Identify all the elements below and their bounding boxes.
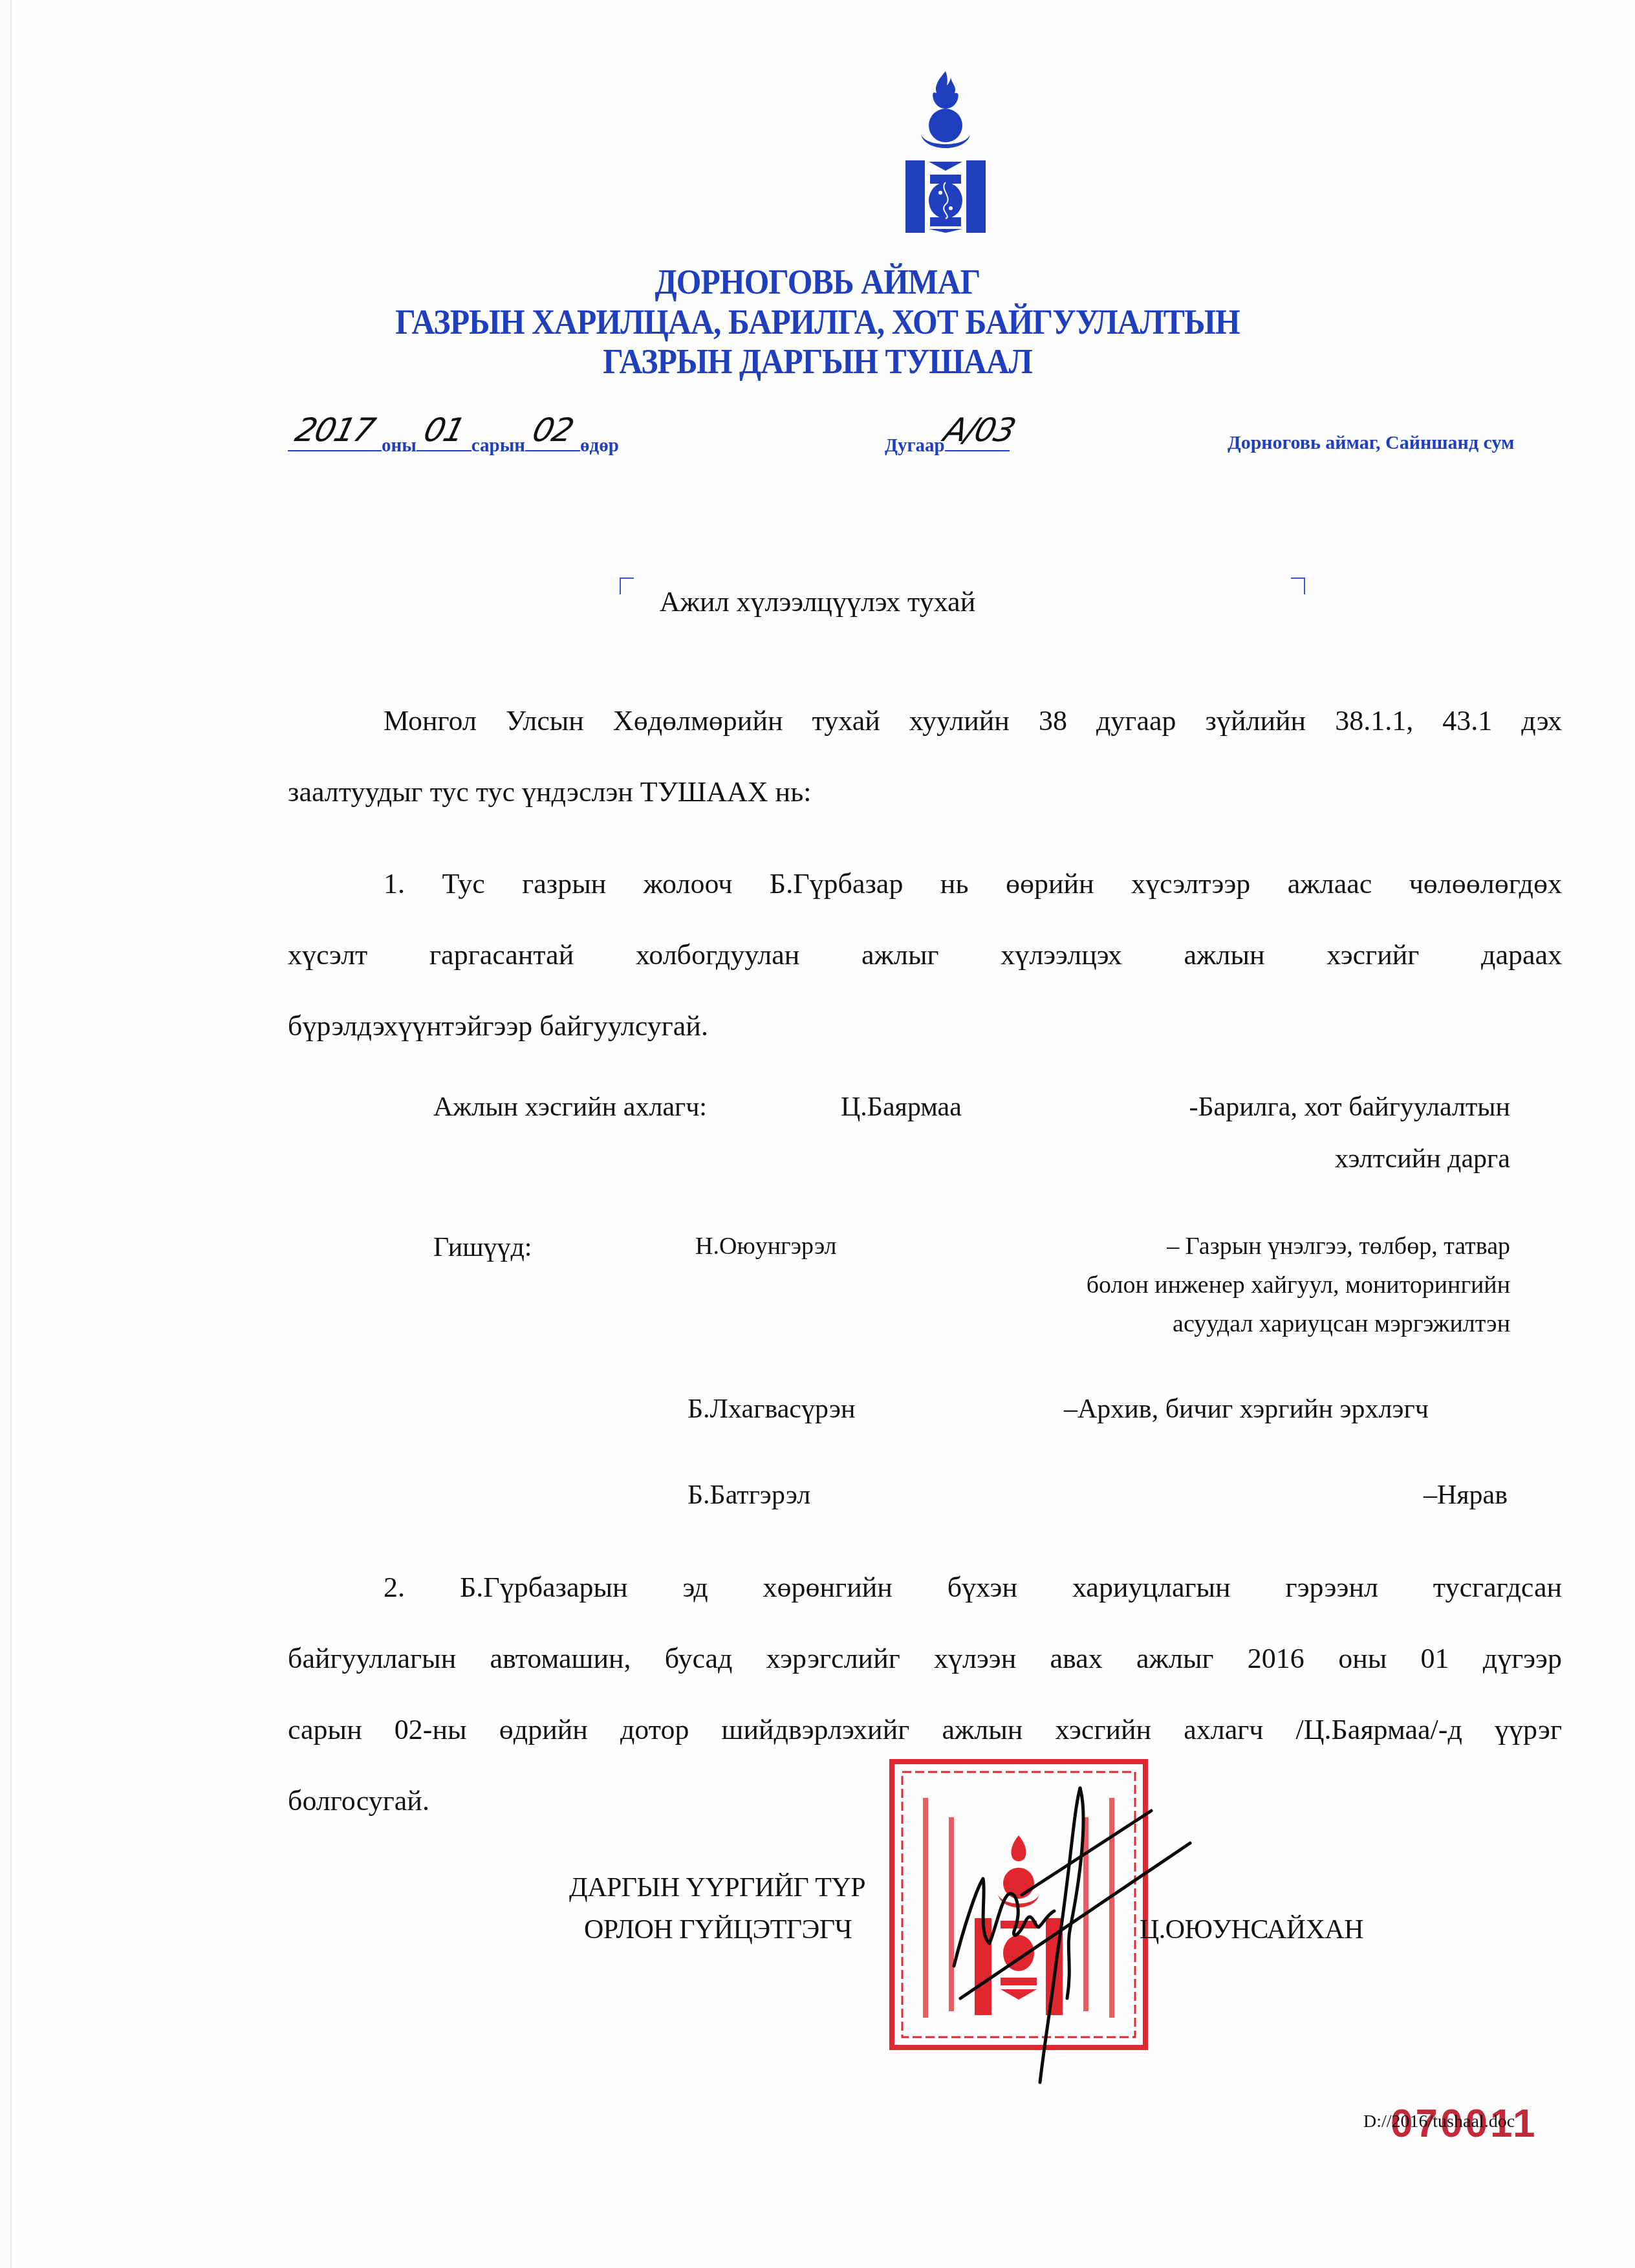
item-1-paragraph: 1. Тус газрын жолооч Б.Гүрбазар нь өөрий…: [288, 848, 1562, 1062]
order-date: 2017оны01сарын02өдөр: [288, 432, 619, 457]
file-path: D://2016/tushaal.doc: [1363, 2111, 1515, 2132]
member-role: – Газрын үнэлгээ, төлбөр, татвар: [1167, 1232, 1510, 1260]
order-number-field: А/03: [945, 432, 1010, 451]
member-role: –Нярав: [1424, 1480, 1508, 1511]
member-role: асуудал хариуцсан мэргэжилтэн: [1173, 1310, 1510, 1338]
leader-role-2: хэлтсийн дарга: [1335, 1143, 1510, 1174]
date-year-field: 2017: [288, 432, 382, 451]
member-name: Б.Батгэрэл: [688, 1480, 810, 1511]
signatory-title-2: ОРЛОН ГҮЙЦЭТГЭГЧ: [584, 1914, 852, 1945]
soyombo-emblem-icon: [894, 71, 997, 233]
members-label: Гишүүд:: [433, 1232, 532, 1263]
date-day-field: 02: [525, 432, 580, 451]
header-line-1: ДОРНОГОВЬ АЙМАГ: [65, 262, 1570, 302]
member-name: Н.Оюунгэрэл: [695, 1232, 837, 1260]
leader-name: Ц.Баярмаа: [841, 1092, 962, 1123]
handwritten-signature-icon: [925, 1772, 1235, 2095]
order-subject: Ажил хүлээлцүүлэх тухай: [0, 585, 1635, 618]
intro-paragraph: Монгол Улсын Хөдөлмөрийн тухай хуулийн 3…: [288, 686, 1562, 828]
order-place: Дорноговь аймаг, Сайншанд сум: [1228, 432, 1515, 454]
order-number: ДугаарА/03: [885, 432, 1010, 457]
member-role: –Архив, бичиг хэргийн эрхлэгч: [1064, 1394, 1429, 1425]
scan-edge: [0, 0, 12, 2268]
leader-role-1: -Барилга, хот байгуулалтын: [1189, 1092, 1510, 1123]
signatory-title-1: ДАРГЫН ҮҮРГИЙГ ТҮР: [569, 1872, 865, 1903]
header-line-2: ГАЗРЫН ХАРИЛЦАА, БАРИЛГА, ХОТ БАЙГУУЛАЛТ…: [65, 302, 1570, 342]
document-page: ДОРНОГОВЬ АЙМАГ ГАЗРЫН ХАРИЛЦАА, БАРИЛГА…: [0, 0, 1635, 2268]
member-name: Б.Лхагвасүрэн: [688, 1394, 856, 1425]
header-line-3: ГАЗРЫН ДАРГЫН ТУШААЛ: [65, 341, 1570, 382]
member-role: болон инженер хайгуул, мониторингийн: [1087, 1271, 1510, 1299]
date-month-field: 01: [417, 432, 471, 451]
leader-label: Ажлын хэсгийн ахлагч:: [433, 1092, 707, 1123]
